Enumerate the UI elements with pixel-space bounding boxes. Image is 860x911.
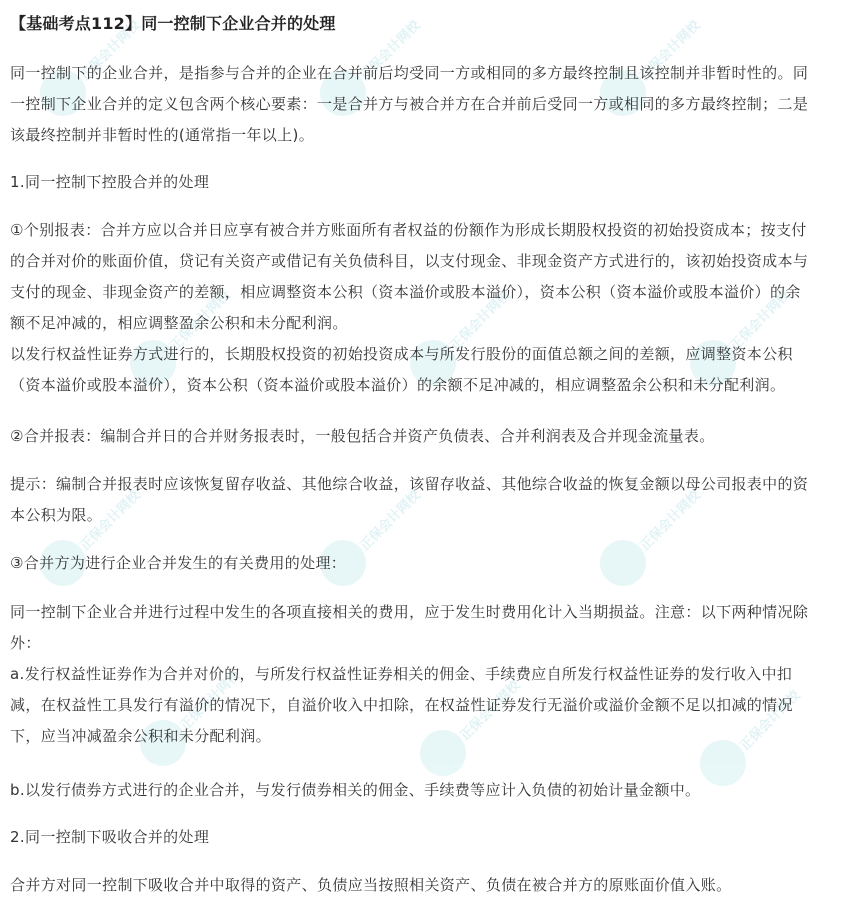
text-line: a.发行权益性证券作为合并对价的，与所发行权益性证券相关的佣金、手续费应自所发行… bbox=[10, 659, 845, 690]
consolidated-statements-paragraph: ②合并报表：编制合并日的合并财务报表时，一般包括合并资产负债表、合并利润表及合并… bbox=[10, 421, 845, 452]
text-line: 该最终控制并非暂时性的(通常指一年以上)。 bbox=[10, 120, 845, 151]
text-line: （资本溢价或股本溢价），资本公积（资本溢价或股本溢价）的余额不足冲减的，相应调整… bbox=[10, 370, 845, 401]
text-line: 下，应当冲减盈余公积和未分配利润。 bbox=[10, 721, 845, 752]
heading-text: 1.同一控制下控股合并的处理 bbox=[10, 167, 845, 198]
direct-costs-paragraph: 同一控制下企业合并进行过程中发生的各项直接相关的费用，应于发生时费用化计入当期损… bbox=[10, 597, 845, 752]
text-line: ②合并报表：编制合并日的合并财务报表时，一般包括合并资产负债表、合并利润表及合并… bbox=[10, 421, 845, 452]
text-line: 支付的现金、非现金资产的差额，相应调整资本公积（资本溢价或股本溢价），资本公积（… bbox=[10, 277, 845, 308]
section-heading-2: 2.同一控制下吸收合并的处理 bbox=[10, 822, 845, 853]
text-line: ③合并方为进行企业合并发生的有关费用的处理： bbox=[10, 548, 845, 579]
text-line: 以发行权益性证券方式进行的，长期股权投资的初始投资成本与所发行股份的面值总额之间… bbox=[10, 339, 845, 370]
text-line: 一控制下企业合并的定义包含两个核心要素：一是合并方与被合并方在合并前后受同一方或… bbox=[10, 89, 845, 120]
text-line: 合并方对同一控制下吸收合并中取得的资产、负债应当按照相关资产、负债在被合并方的原… bbox=[10, 870, 845, 901]
individual-statements-paragraph: ①个别报表：合并方应以合并日应享有被合并方账面所有者权益的份额作为形成长期股权投… bbox=[10, 215, 845, 401]
tip-paragraph: 提示：编制合并报表时应该恢复留存收益、其他综合收益，该留存收益、其他综合收益的恢… bbox=[10, 469, 845, 531]
text-line: 减，在权益性工具发行有溢价的情况下，自溢价收入中扣除，在权益性证券发行无溢价或溢… bbox=[10, 690, 845, 721]
text-line: 同一控制下的企业合并，是指参与合并的企业在合并前后均受同一方或相同的多方最终控制… bbox=[10, 58, 845, 89]
absorption-merger-paragraph: 合并方对同一控制下吸收合并中取得的资产、负债应当按照相关资产、负债在被合并方的原… bbox=[10, 870, 845, 901]
page-title: 【基础考点112】同一控制下企业合并的处理 bbox=[10, 11, 336, 34]
section-heading-1: 1.同一控制下控股合并的处理 bbox=[10, 167, 845, 198]
text-line: 额不足冲减的，相应调整盈余公积和未分配利润。 bbox=[10, 308, 845, 339]
text-line: 同一控制下企业合并进行过程中发生的各项直接相关的费用，应于发生时费用化计入当期损… bbox=[10, 597, 845, 628]
text-line: ①个别报表：合并方应以合并日应享有被合并方账面所有者权益的份额作为形成长期股权投… bbox=[10, 215, 845, 246]
intro-paragraph: 同一控制下的企业合并，是指参与合并的企业在合并前后均受同一方或相同的多方最终控制… bbox=[10, 58, 845, 151]
text-line: 外： bbox=[10, 628, 845, 659]
text-line: b.以发行债券方式进行的企业合并，与发行债券相关的佣金、手续费等应计入负债的初始… bbox=[10, 775, 845, 806]
text-line: 本公积为限。 bbox=[10, 500, 845, 531]
text-line: 提示：编制合并报表时应该恢复留存收益、其他综合收益，该留存收益、其他综合收益的恢… bbox=[10, 469, 845, 500]
heading-text: 2.同一控制下吸收合并的处理 bbox=[10, 822, 845, 853]
bond-issuance-paragraph: b.以发行债券方式进行的企业合并，与发行债券相关的佣金、手续费等应计入负债的初始… bbox=[10, 775, 845, 806]
merger-costs-heading: ③合并方为进行企业合并发生的有关费用的处理： bbox=[10, 548, 845, 579]
text-line: 的合并对价的账面价值，贷记有关资产或借记有关负债科目，以支付现金、非现金资产方式… bbox=[10, 246, 845, 277]
